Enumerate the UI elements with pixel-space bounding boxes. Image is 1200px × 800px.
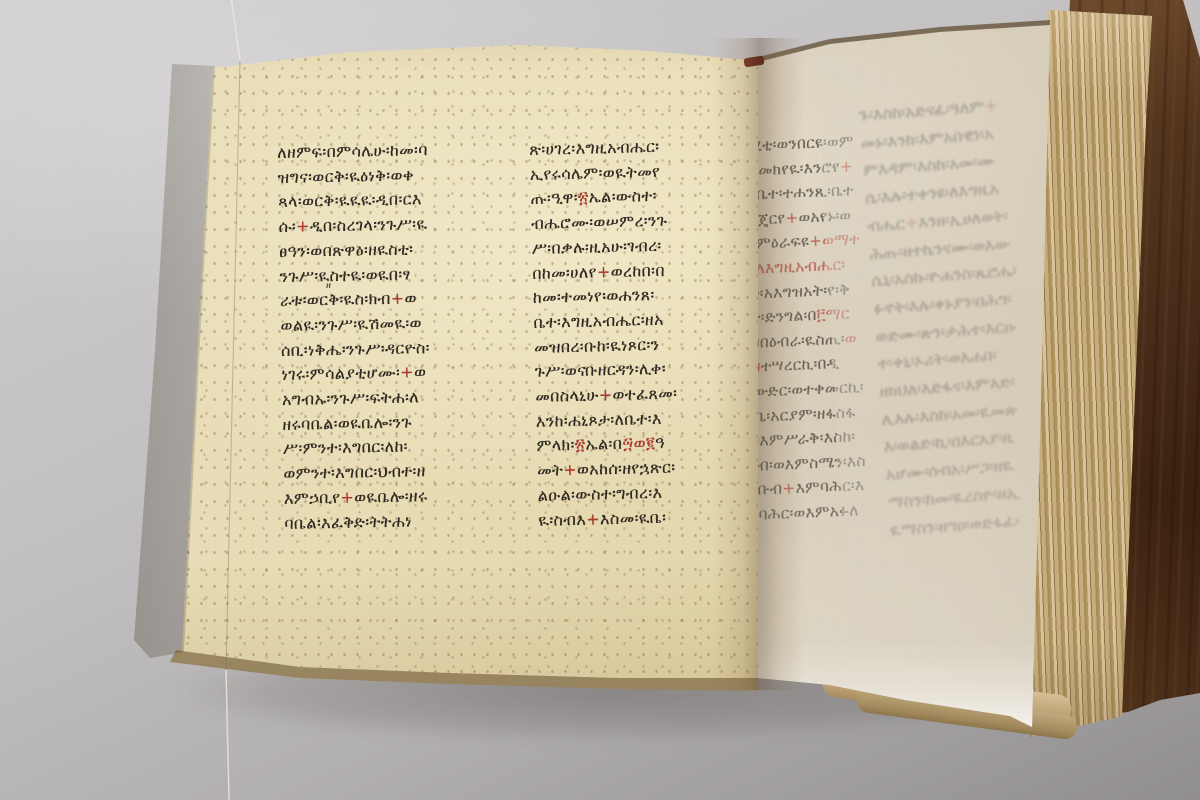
ink-segment: ኤል፡ውስተ፡ [588,186,657,207]
ink-segment: ቤተ፡እግዚአብሔር፡ዘአ [533,310,664,332]
ink-segment: ባቤል፡እፈቅድ፡ትትሐነ [284,511,412,532]
ink-segment: ነገሩ፡ምሳልያቲሆሙ፡ [281,363,400,384]
ink-segment: ጉሥ፡ወናቡዘርዳን፡ሊቀ፡ [534,359,666,381]
ink-segment: ለዘምፍ፡በምሳሌሁ፡ከመ፡ባ [277,140,428,162]
ink-segment: አግብኡ፡ንጉሥ፡ፍትሐ፡ለ [282,387,419,409]
rubric-segment: + [340,487,354,506]
rubric-segment: + [296,216,310,235]
ink-segment: ሥ፡በቃሉ፡ዚአሁ፡ገብረ፡ [531,236,661,258]
rubric-segment: + [586,509,600,528]
ink-segment: ብሔሮሙ፡ወሠምረ፡ንጉ [531,211,668,233]
ink-segment: ንጉሥ፡ዪስተዪ፡ወዪበ፡ፃ [279,264,411,286]
rubric-segment: + [391,289,405,308]
ink-segment: ጽ፡ሀገረ፡እግዚአብሔር፡ [529,137,660,159]
ink-segment: እስመ፡ዪቤ፡ [600,507,667,528]
ink-segment: ዝግና፡ወርቅ፡ዪዕነቅ፡ወቀ [278,165,415,187]
ink-segment: ወዪቤሎ፡ዘሩ [354,486,428,506]
ink-segment: ልዑል፡ውስተ፡ግብረ፡እ [537,483,662,505]
rubric-segment: ፳ [575,435,586,454]
ink-segment: ወልዪ፡ንጉሥ፡ዪሽመዪ፡ወ [280,313,422,335]
manuscript-photo: ፋሂቲ፡ወንበርዩ፡ወምቲ፡መክየዪ፡እንሮየ+ኡቤተ፡ተሐንጺ፡ቤተሣጄርየ+… [0,0,1200,800]
ink-segment: ዪ፡ስብእ [538,509,586,529]
ink-segment: ሥ፡ምንተ፡እግበር፡ለከ፡ [283,437,408,458]
ink-segment: ወምንተ፡እግበር፡ህብተ፡ዘ [283,461,426,483]
rubric-segment: ፵ወ፪ [622,433,655,453]
ink-segment: ፀዓን፡ወበጽዋዕ፡ዘዪስቲ፡ [279,239,414,261]
ink-segment: ሰቢ፡ነቅሔ፡ንጉሥ፡ዳርዮስ፡ [281,338,430,360]
ink-segment: ምላክ፡ [536,435,575,455]
ink-segment: ኤል፡በ [585,434,622,454]
ink-segment: ወረከበ፡በ [610,260,665,280]
ink-segment: ዘሩባቤል፡ወዪቤሎ፡ንጉ [282,412,412,433]
ink-segment: መዝበረ፡ቡከ፡ዪነጾር፡ን [534,335,660,357]
ink-segment: በከመ፡ሀለየ [532,262,597,283]
ink-segment: ወአከሰ፡ዘየኋጽር፡ [577,458,676,479]
interlinear-insertion-mark: ዘ [326,281,331,291]
ink-segment: ኢየሩሳሌም፡ወዪትመየ [530,162,661,184]
ink-segment: ወ [414,363,427,382]
rubric-segment: ፳ [578,188,589,207]
ink-segment: ዲበ፡ስረገላ፡ንጉሥ፡ዪ [310,214,428,235]
ink-segment: ወ [404,289,417,308]
rubric-segment: + [563,460,577,479]
ink-segment: እንከ፡ሐኒጾታ፡ለቤተ፡እ [536,409,662,431]
ink-segment: እምኃቢየ [284,488,341,508]
text-line: ባቤል፡እፈቅድ፡ትትሐነ [284,507,519,536]
ink-segment: ሱ፡ [278,217,296,236]
ink-segment: መት [537,460,564,480]
ink-segment: ጻላ፡ወርቅ፡ዪዪዪ፡ዲበ፡ርእ [278,190,422,212]
ink-segment: መበስላኒሁ [535,385,599,406]
ink-segment: ራቱ፡ወርቅ፡ዪስ፡ክብ [280,289,391,310]
manuscript-book: ፋሂቲ፡ወንበርዩ፡ወምቲ፡መክየዪ፡እንሮየ+ኡቤተ፡ተሐንጺ፡ቤተሣጄርየ+… [0,0,1200,800]
rubric-segment: + [400,363,414,382]
ink-segment: ከመ፡ተመነየ፡ወሐንጸ፡ [533,285,655,307]
rubric-segment: + [598,385,612,404]
ink-segment: ዓ [655,433,665,452]
rubric-segment: + [597,262,611,281]
left-page-column-1: ለዘምፍ፡በምሳሌሁ፡ከመ፡ባዝግና፡ወርቅ፡ዪዕነቅ፡ወቀጻላ፡ወርቅ፡ዪዪዪ… [277,136,520,536]
ink-segment: ወተፈጸመ፡ [612,383,677,404]
gutter-fold-shadow [712,38,804,690]
ink-segment: ጡ፡ዒዋ፡ [530,188,578,208]
